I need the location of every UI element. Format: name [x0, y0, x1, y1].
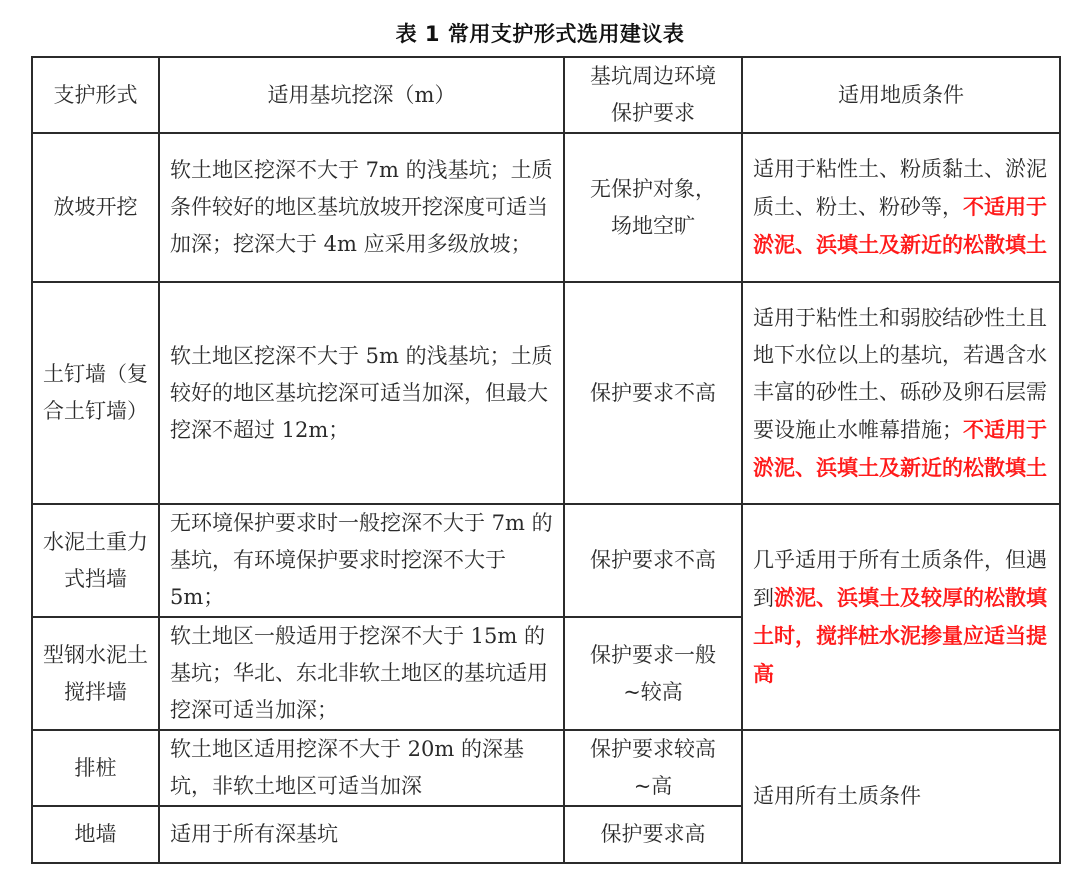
- cell-protection: 无保护对象， 场地空旷: [564, 133, 742, 282]
- cell-support-type: 型钢水泥土搅拌墙: [32, 617, 159, 730]
- cell-protection: 保护要求不高: [564, 282, 742, 504]
- header-protection: 基坑周边环境 保护要求: [564, 57, 742, 133]
- table-row: 水泥土重力式挡墙 无环境保护要求时一般挖深不大于 7m 的基坑，有环境保护要求时…: [32, 504, 1060, 617]
- support-type-table: 支护形式 适用基坑挖深（m） 基坑周边环境 保护要求 适用地质条件 放坡开挖 软…: [31, 56, 1061, 864]
- header-depth: 适用基坑挖深（m）: [159, 57, 564, 133]
- header-protection-line2: 保护要求: [575, 95, 731, 132]
- protection-line2: ~较高: [575, 674, 731, 711]
- table-header-row: 支护形式 适用基坑挖深（m） 基坑周边环境 保护要求 适用地质条件: [32, 57, 1060, 133]
- cell-support-type: 水泥土重力式挡墙: [32, 504, 159, 617]
- header-geology: 适用地质条件: [742, 57, 1060, 133]
- cell-support-type: 放坡开挖: [32, 133, 159, 282]
- table-row: 排桩 软土地区适用挖深不大于 20m 的深基坑，非软土地区可适当加深 保护要求较…: [32, 730, 1060, 806]
- cell-depth: 软土地区适用挖深不大于 20m 的深基坑，非软土地区可适当加深: [159, 730, 564, 806]
- table-row: 土钉墙（复合土钉墙） 软土地区挖深不大于 5m 的浅基坑；土质较好的地区基坑挖深…: [32, 282, 1060, 504]
- cell-geology: 适用于粘性土、粉质黏土、淤泥质土、粉土、粉砂等，不适用于淤泥、浜填土及新近的松散…: [742, 133, 1060, 282]
- cell-depth: 软土地区一般适用于挖深不大于 15m 的基坑；华北、东北非软土地区的基坑适用挖深…: [159, 617, 564, 730]
- table-caption: 表 1 常用支护形式选用建议表: [0, 18, 1080, 48]
- cell-support-type: 排桩: [32, 730, 159, 806]
- cell-geology-merged: 几乎适用于所有土质条件，但遇到淤泥、浜填土及较厚的松散填土时，搅拌桩水泥掺量应适…: [742, 504, 1060, 730]
- geology-warning: 淤泥、浜填土及较厚的松散填土时，搅拌桩水泥掺量应适当提高: [753, 585, 1047, 686]
- cell-geology-merged: 适用所有土质条件: [742, 730, 1060, 863]
- cell-protection: 保护要求较高 ~高: [564, 730, 742, 806]
- table-row: 放坡开挖 软土地区挖深不大于 7m 的浅基坑；土质条件较好的地区基坑放坡开挖深度…: [32, 133, 1060, 282]
- protection-line2: 场地空旷: [575, 208, 731, 245]
- protection-line1: 保护要求一般: [575, 637, 731, 674]
- cell-protection: 保护要求不高: [564, 504, 742, 617]
- header-protection-line1: 基坑周边环境: [575, 58, 731, 95]
- cell-support-type: 土钉墙（复合土钉墙）: [32, 282, 159, 504]
- header-support-type: 支护形式: [32, 57, 159, 133]
- protection-line1: 无保护对象，: [575, 171, 731, 208]
- cell-support-type: 地墙: [32, 806, 159, 863]
- cell-depth: 适用于所有深基坑: [159, 806, 564, 863]
- protection-line1: 保护要求较高: [575, 731, 731, 768]
- cell-depth: 软土地区挖深不大于 7m 的浅基坑；土质条件较好的地区基坑放坡开挖深度可适当加深…: [159, 133, 564, 282]
- cell-protection: 保护要求高: [564, 806, 742, 863]
- protection-line2: ~高: [575, 768, 731, 805]
- support-type-line1: 土钉墙: [43, 362, 106, 386]
- cell-geology: 适用于粘性土和弱胶结砂性土且地下水位以上的基坑，若遇含水丰富的砂性土、砾砂及卵石…: [742, 282, 1060, 504]
- cell-protection: 保护要求一般 ~较高: [564, 617, 742, 730]
- cell-depth: 无环境保护要求时一般挖深不大于 7m 的基坑，有环境保护要求时挖深不大于 5m；: [159, 504, 564, 617]
- cell-depth: 软土地区挖深不大于 5m 的浅基坑；土质较好的地区基坑挖深可适当加深，但最大挖深…: [159, 282, 564, 504]
